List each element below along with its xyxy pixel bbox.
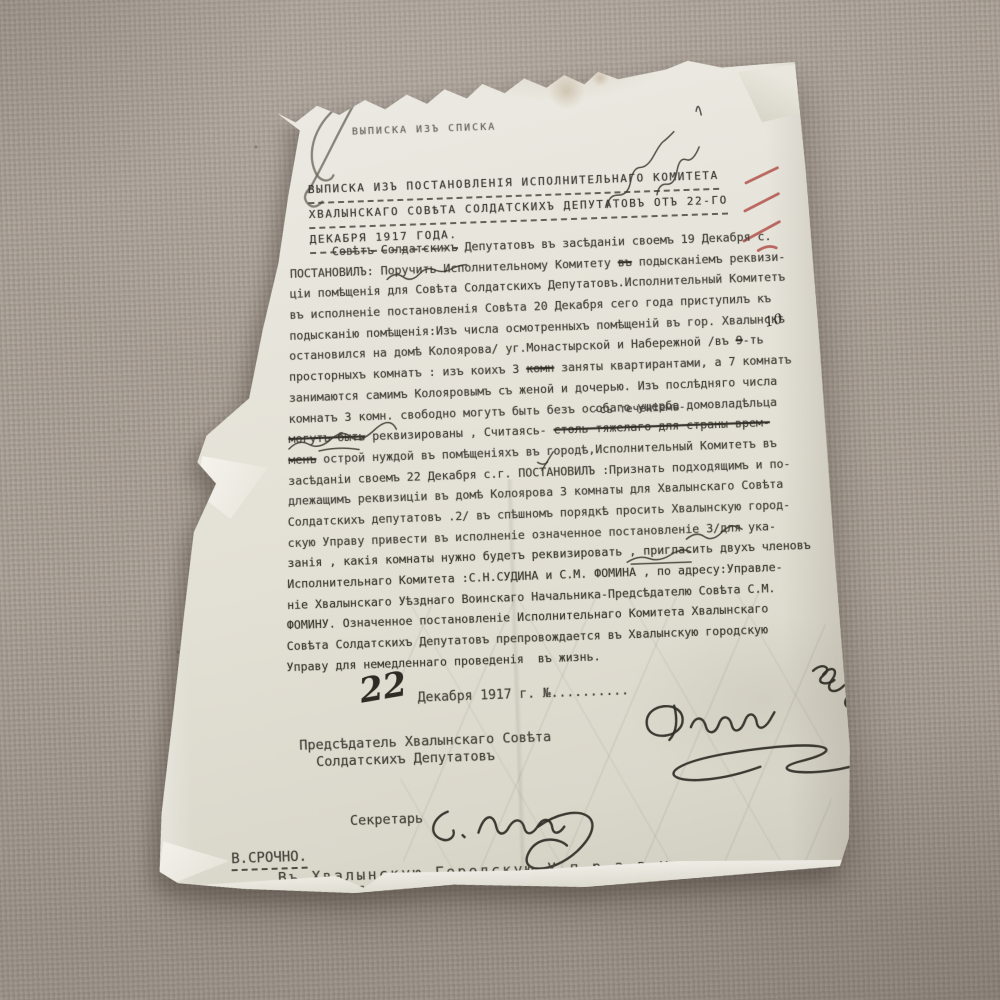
date-line: 22 Декабря 1917 г. №.......... xyxy=(359,667,408,709)
bottom-left-fold xyxy=(155,839,231,890)
urgent-text: В.СРОЧНО. xyxy=(231,849,308,872)
date-typed: Декабря 1917 г. №.......... xyxy=(417,683,629,705)
body-text: Совѣтъ Солдатскихъ Депутатовъ въ засѣдан… xyxy=(132,224,847,683)
chairman-signature xyxy=(617,659,872,828)
urgent-stamp: В.СРОЧНО. xyxy=(231,849,308,872)
correction-scribble xyxy=(623,549,703,566)
photo-of-document: { "palette":{ "fabric_background":"#a79d… xyxy=(0,0,1000,1000)
insertion-caret xyxy=(535,450,560,473)
chairman-title: Предсѣдатель Хвалынскаго Совѣта Солдатск… xyxy=(299,729,552,772)
paper-sheet: ВЫПИСКА ИЗЪ СПИСКА ВЫПИСКА ИЗЪ ПОСТАНОВЛ… xyxy=(126,48,855,902)
secretary-label: Секретарь xyxy=(350,811,424,830)
handwritten-day: 22 xyxy=(356,664,410,712)
document-paper: ВЫПИСКА ИЗЪ СПИСКА ВЫПИСКА ИЗЪ ПОСТАНОВЛ… xyxy=(126,48,855,902)
correction-scribble xyxy=(682,525,762,542)
